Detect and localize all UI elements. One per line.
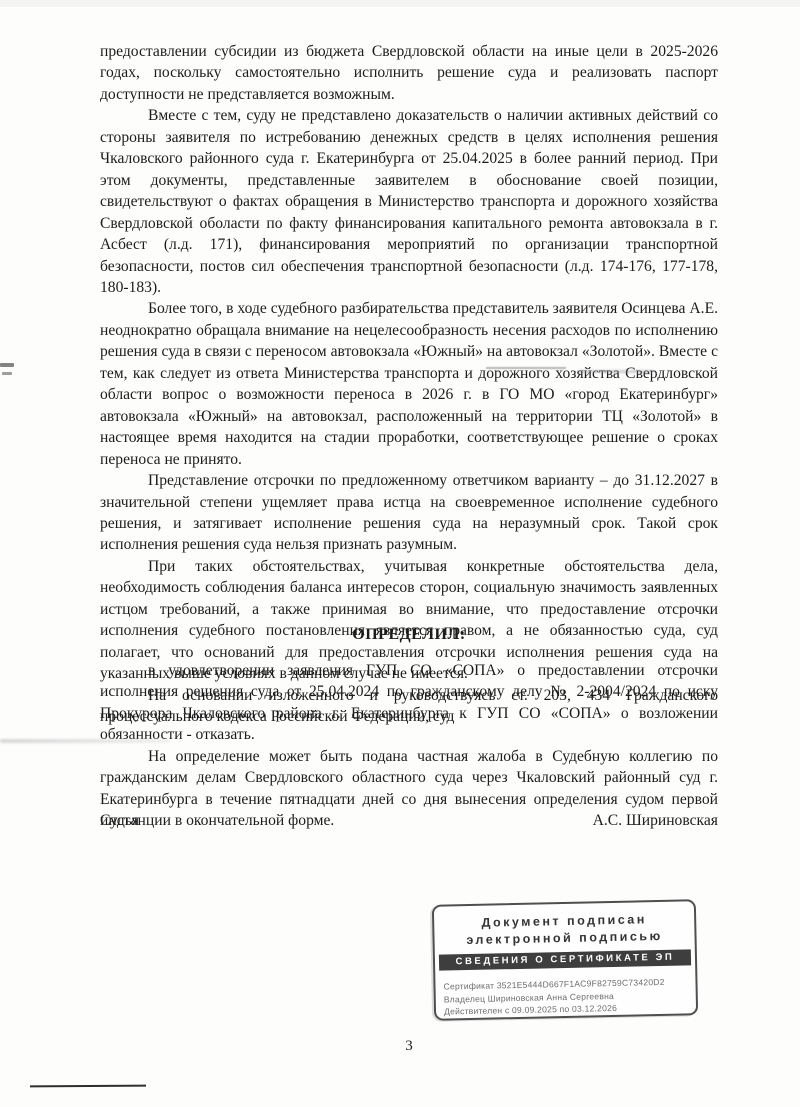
signature-name: А.С. Шириновская	[593, 812, 718, 830]
document-page: предоставлении субсидии из бюджета Сверд…	[0, 0, 800, 1107]
scan-artifact-bottom-line	[30, 1085, 146, 1088]
paragraph-continuation: предоставлении субсидии из бюджета Сверд…	[100, 41, 718, 105]
stamp-title: Документ подписан электронной подписью	[434, 910, 695, 949]
certificate-info-bar: СВЕДЕНИЯ О СЕРТИФИКАТЕ ЭП	[439, 949, 691, 970]
paragraph-evidence: Вместе с тем, суду не представлено доказ…	[100, 105, 718, 298]
signature-row: Судья А.С. Шириновская	[100, 812, 718, 830]
page-number: 3	[100, 1038, 718, 1055]
scan-artifact-left-dash	[0, 363, 14, 367]
resolution-text: в удовлетворении заявления ГУП СО «СОПА»…	[100, 660, 718, 832]
paragraph-representative: Более того, в ходе судебного разбиратель…	[100, 298, 718, 470]
electronic-signature-stamp: Документ подписан электронной подписью С…	[432, 899, 698, 1021]
paragraph-deferral-term: Представление отсрочки по предложенному …	[100, 470, 718, 556]
scan-artifact-left-dash	[2, 372, 12, 375]
paragraph-resolution: в удовлетворении заявления ГУП СО «СОПА»…	[100, 660, 718, 746]
signature-role: Судья	[100, 812, 139, 830]
certificate-details: Сертификат 3521E5444D667F1AC9F82759C7342…	[443, 975, 690, 1018]
scan-edge-band	[0, 0, 800, 7]
body-text: предоставлении субсидии из бюджета Сверд…	[100, 41, 718, 728]
ruling-heading: ОПРЕДЕЛИЛ:	[100, 626, 718, 644]
